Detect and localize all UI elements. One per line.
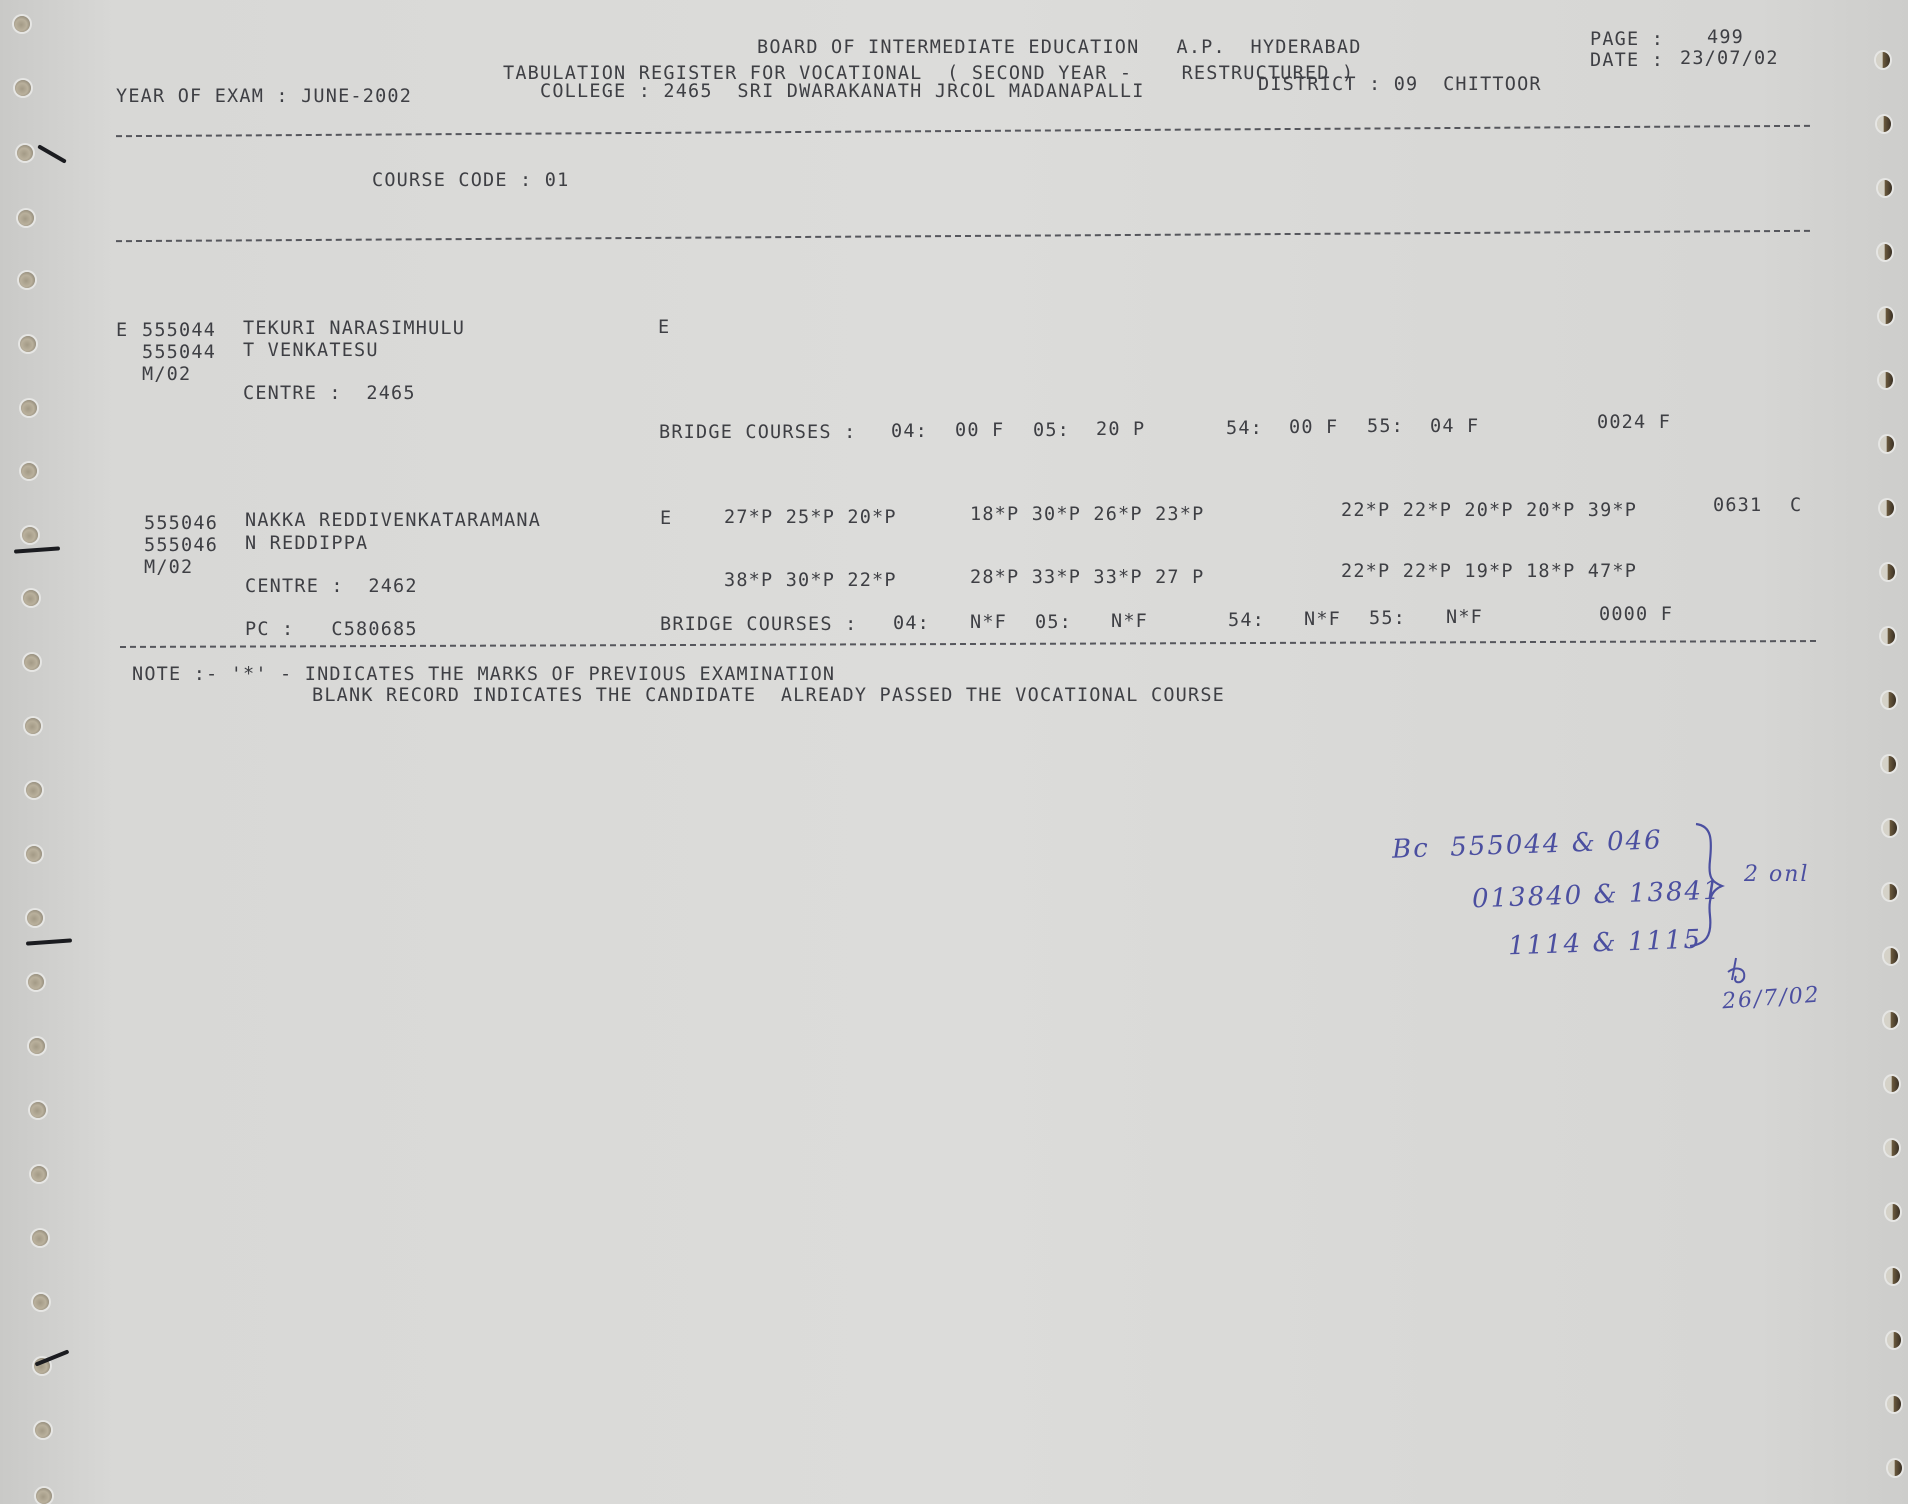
handwritten-line-3: 1114 & 1115: [1508, 925, 1703, 962]
feed-hole: [1882, 692, 1896, 708]
feed-hole: [15, 80, 31, 96]
print-date: 23/07/02: [1680, 48, 1779, 70]
date-label: DATE :: [1590, 50, 1664, 72]
feed-hole: [1882, 756, 1896, 772]
feed-hole: [1887, 1332, 1901, 1348]
feed-hole: [29, 1038, 45, 1054]
bridge-mark: N*F: [970, 612, 1007, 634]
bridge-mark: 00 F: [955, 420, 1004, 442]
feed-hole: [1880, 436, 1894, 452]
hall-ticket-number: 555046: [144, 513, 218, 535]
board-title: BOARD OF INTERMEDIATE EDUCATION A.P. HYD…: [757, 37, 1362, 59]
grand-total: 0631: [1713, 495, 1762, 517]
father-name: T VENKATESU: [243, 340, 379, 362]
bridge-courses-label: BRIDGE COURSES :: [660, 614, 857, 636]
bridge-mark: 04 F: [1430, 416, 1479, 438]
bridge-code: 54:: [1226, 418, 1263, 440]
feed-hole: [1884, 948, 1898, 964]
page-number: 499: [1707, 27, 1744, 49]
centre: CENTRE : 2462: [245, 576, 418, 598]
marks-part3: 22*P 22*P 19*P 18*P 47*P: [1341, 561, 1637, 583]
page-label: PAGE :: [1590, 29, 1664, 51]
district-info: DISTRICT : 09 CHITTOOR: [1258, 74, 1542, 96]
bridge-code: 55:: [1369, 608, 1406, 630]
feed-hole: [1881, 628, 1895, 644]
binding-tie: [37, 144, 67, 163]
year-of-exam: YEAR OF EXAM : JUNE-2002: [116, 86, 412, 108]
bridge-code: 05:: [1033, 420, 1070, 442]
divider-top: [116, 125, 1810, 137]
feed-hole: [1884, 1012, 1898, 1028]
candidate-prefix: E: [116, 320, 128, 342]
feed-hole: [36, 1488, 52, 1504]
session: M/02: [144, 557, 193, 579]
bridge-mark: 20 P: [1096, 419, 1145, 441]
feed-hole: [1876, 52, 1890, 68]
bridge-total: 0024 F: [1597, 412, 1671, 434]
feed-hole: [1880, 500, 1894, 516]
candidate-name: TEKURI NARASIMHULU: [243, 318, 465, 340]
feed-hole: [1887, 1396, 1901, 1412]
feed-hole: [22, 527, 38, 543]
feed-hole: [1885, 1076, 1899, 1092]
bridge-code: 54:: [1228, 610, 1265, 632]
bridge-code: 04:: [891, 421, 928, 443]
handwritten-line-1: Bc 555044 & 046: [1392, 825, 1664, 864]
feed-hole: [1888, 1460, 1902, 1476]
feed-hole: [18, 210, 34, 226]
feed-hole: [24, 654, 40, 670]
bridge-code: 55:: [1367, 416, 1404, 438]
divider-course: [116, 230, 1810, 242]
bridge-mark: N*F: [1111, 611, 1148, 633]
note-line-2: BLANK RECORD INDICATES THE CANDIDATE ALR…: [312, 685, 1225, 707]
roll-repeat: 555046: [144, 535, 218, 557]
feed-hole: [1883, 884, 1897, 900]
feed-hole: [35, 1422, 51, 1438]
feed-hole: [19, 272, 35, 288]
note-line-1: NOTE :- '*' - INDICATES THE MARKS OF PRE…: [132, 664, 835, 686]
curly-brace-icon: [1690, 820, 1730, 950]
feed-hole: [31, 1166, 47, 1182]
feed-hole: [28, 974, 44, 990]
feed-hole: [20, 336, 36, 352]
roll-repeat: 555044: [142, 342, 216, 364]
feed-hole: [1877, 116, 1891, 132]
feed-hole: [14, 16, 30, 32]
feed-hole: [33, 1294, 49, 1310]
course-code: COURSE CODE : 01: [372, 170, 569, 192]
handwritten-line-2: 013840 & 13841: [1472, 876, 1723, 915]
binding-tie: [14, 546, 60, 553]
feed-hole: [21, 400, 37, 416]
feed-hole: [1886, 1268, 1900, 1284]
feed-hole: [1883, 820, 1897, 836]
centre: CENTRE : 2465: [243, 383, 416, 405]
feed-hole: [26, 782, 42, 798]
feed-hole: [27, 910, 43, 926]
feed-hole: [30, 1102, 46, 1118]
feed-hole: [21, 463, 37, 479]
handwritten-side-note: 2 onl: [1744, 862, 1809, 887]
college-info: COLLEGE : 2465 SRI DWARAKANATH JRCOL MAD…: [540, 81, 1145, 103]
bridge-mark: N*F: [1446, 607, 1483, 629]
session: M/02: [142, 364, 191, 386]
marks-part2: 28*P 33*P 33*P 27 P: [970, 567, 1204, 589]
divider-bottom: [120, 640, 1816, 648]
hall-ticket-number: 555044: [142, 320, 216, 342]
bridge-total: 0000 F: [1599, 604, 1673, 626]
feed-hole: [1886, 1204, 1900, 1220]
feed-hole: [1879, 308, 1893, 324]
feed-hole: [32, 1230, 48, 1246]
bridge-mark: 00 F: [1289, 417, 1338, 439]
feed-hole: [17, 145, 33, 161]
medium: E: [658, 317, 670, 339]
binding-tie: [26, 938, 72, 945]
bridge-courses-label: BRIDGE COURSES :: [659, 422, 856, 444]
marks-part1: 27*P 25*P 20*P: [724, 507, 897, 529]
tabulation-register-page: BOARD OF INTERMEDIATE EDUCATION A.P. HYD…: [0, 0, 1908, 1504]
medium: E: [660, 508, 672, 530]
father-name: N REDDIPPA: [245, 533, 368, 555]
feed-hole: [1878, 244, 1892, 260]
result-grade: C: [1790, 495, 1802, 517]
feed-hole: [25, 718, 41, 734]
marks-part2: 18*P 30*P 26*P 23*P: [970, 504, 1204, 526]
bridge-code: 04:: [893, 613, 930, 635]
feed-hole: [23, 590, 39, 606]
marks-part1: 38*P 30*P 22*P: [724, 570, 897, 592]
candidate-name: NAKKA REDDIVENKATARAMANA: [245, 510, 541, 532]
bridge-code: 05:: [1035, 612, 1072, 634]
pc-number: PC : C580685: [245, 619, 418, 641]
marks-part3: 22*P 22*P 20*P 20*P 39*P: [1341, 500, 1637, 522]
feed-hole: [1879, 372, 1893, 388]
feed-hole: [1881, 564, 1895, 580]
feed-hole: [1885, 1140, 1899, 1156]
feed-hole: [26, 846, 42, 862]
feed-hole: [1878, 180, 1892, 196]
bridge-mark: N*F: [1304, 609, 1341, 631]
